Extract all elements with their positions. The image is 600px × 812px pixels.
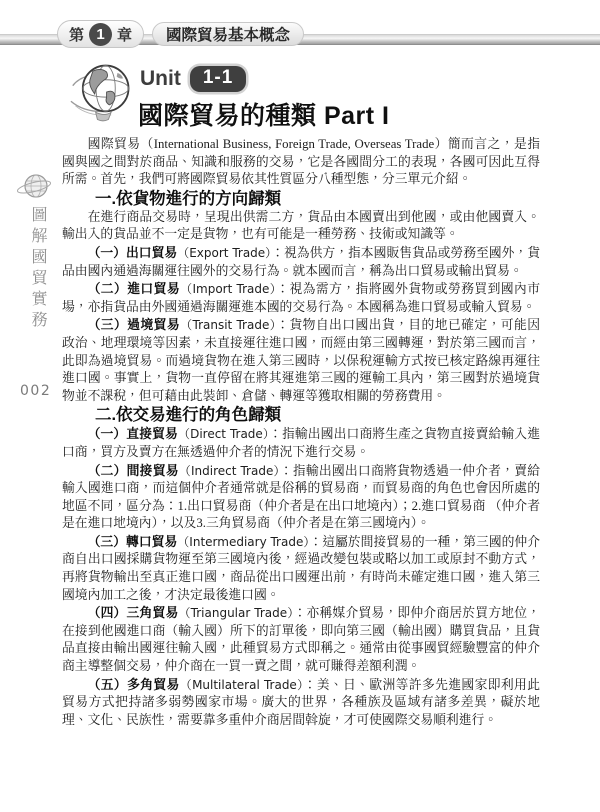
body-paragraph: （三）轉口貿易（Intermediary Trade）：這屬於間接貿易的一種，第… [62,533,540,604]
term-english: （Multilateral Trade） [180,678,304,692]
body-paragraph: （二）間接貿易（Indirect Trade）：指輸出國出口商將貨物透過一仲介者… [62,462,540,533]
body-paragraph: （一）直接貿易（Direct Trade）：指輸出國出口商將生產之貨物直接賣給輸… [62,425,540,461]
body-paragraph: （一）出口貿易（Export Trade）：視為供方，指本國販售貨品或勞務至國外… [62,244,540,280]
term-english: （Intermediary Trade） [177,535,309,549]
intro-paragraph: 國際貿易（International Business, Foreign Tra… [62,136,540,189]
term-label: （三）過境貿易 [88,317,181,332]
term-label: （一）出口貿易 [88,245,178,260]
term-label: （五）多角貿易 [88,677,180,692]
book-page: 第 1 章 國際貿易基本概念 Unit 1-1 國際貿易的種類 Part I 圖… [0,0,600,812]
unit-number-badge: 1-1 [190,66,246,92]
chapter-header: 第 1 章 國際貿易基本概念 [57,20,304,48]
term-label: （二）間接貿易 [88,463,179,478]
ringed-globe-icon [14,170,54,204]
term-english: （Direct Trade） [178,427,269,441]
chapter-suffix: 章 [117,24,132,45]
term-english: （Triangular Trade） [178,606,293,620]
term-label: （二）進口貿易 [88,281,180,296]
term-english: （Export Trade） [177,246,271,260]
body-paragraph: 在進行商品交易時，呈現出供需二方，貨品由本國賣出到他國，或由他國賣入。輸出入的貨… [62,209,540,244]
chapter-title: 國際貿易基本概念 [152,22,304,46]
body-paragraph: （三）過境貿易（Transit Trade）：貨物自出口國出貨，目的地已確定，可… [62,316,540,405]
globe-icon [70,60,134,126]
body-paragraph: （二）進口貿易（Import Trade）：視為需方，指將國外貨物或勞務買到國內… [62,280,540,316]
term-english: （Indirect Trade） [179,464,280,478]
page-number: 002 [20,383,51,399]
chapter-prefix: 第 [69,24,84,45]
term-label: （四）三角貿易 [88,605,179,620]
term-english: （Transit Trade） [180,318,276,332]
unit-header: Unit 1-1 [140,66,246,92]
section-heading: 二.依交易進行的角色歸類 [62,405,540,425]
unit-title: 國際貿易的種類 Part I [138,96,389,132]
section-heading: 一.依貨物進行的方向歸類 [62,189,540,209]
chapter-badge: 第 1 章 [57,20,144,48]
body-paragraph: （四）三角貿易（Triangular Trade）：亦稱媒介貿易，即仲介商居於買… [62,604,540,675]
term-label: （一）直接貿易 [88,426,178,441]
unit-label: Unit [140,67,181,91]
term-english: （Import Trade） [180,282,276,296]
main-text: 國際貿易（International Business, Foreign Tra… [62,136,540,729]
term-label: （三）轉口貿易 [88,534,178,549]
chapter-number-circle: 1 [89,23,112,46]
body-paragraph: （五）多角貿易（Multilateral Trade）：美、日、歐洲等許多先進國… [62,676,540,730]
book-series-title: 圖解國貿實務 [26,206,49,332]
paragraph-text: 在進行商品交易時，呈現出供需二方，貨品由本國賣出到他國，或由他國賣入。輸出入的貨… [62,210,540,242]
